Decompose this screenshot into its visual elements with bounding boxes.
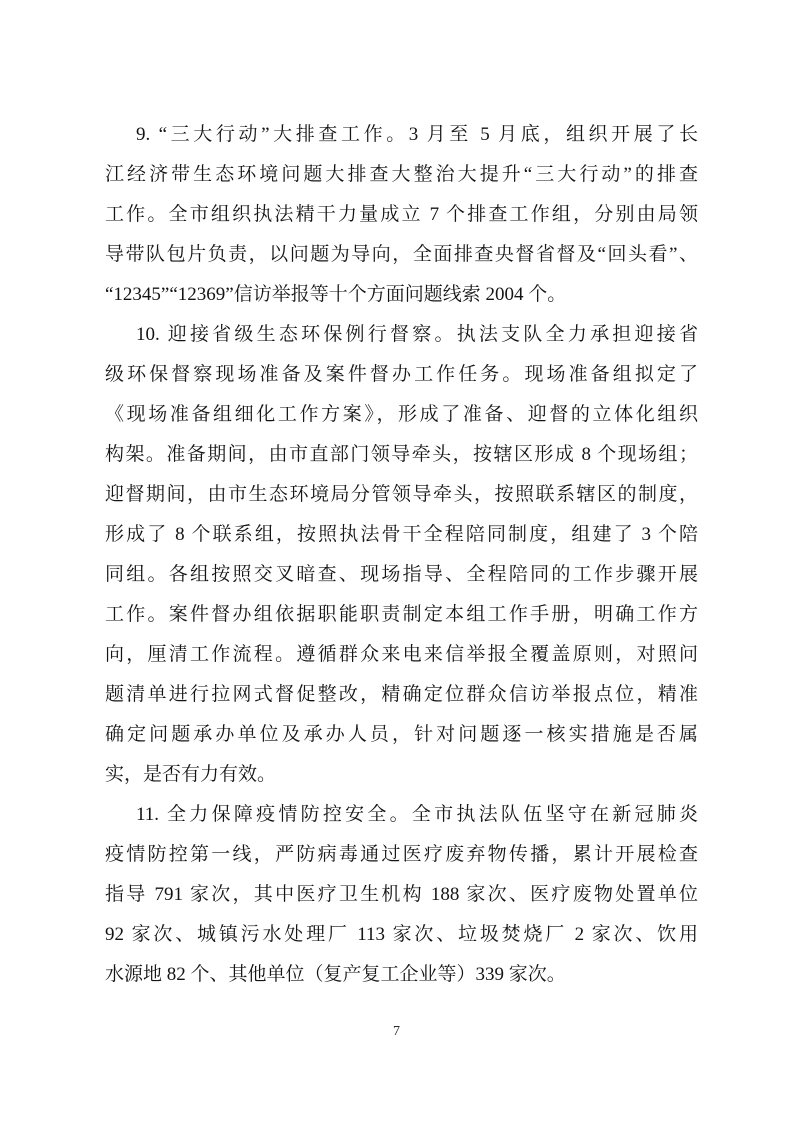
text-line: 向，厘清工作流程。遵循群众来电来信举报全覆盖原则，对照问 [105,635,698,675]
text-line: 工作。案件督办组依据职能职责制定本组工作手册，明确工作方 [105,595,698,635]
text-line: 11. 全力保障疫情防控安全。全市执法队伍坚守在新冠肺炎 [105,795,698,835]
paragraph-11: 11. 全力保障疫情防控安全。全市执法队伍坚守在新冠肺炎 疫情防控第一线，严防病… [105,795,698,995]
paragraph-9: 9. “三大行动”大排查工作。3 月至 5 月底，组织开展了长 江经济带生态环境… [105,115,698,315]
text-line: 形成了 8 个联系组，按照执法骨干全程陪同制度，组建了 3 个陪 [105,515,698,555]
text-line: 疫情防控第一线，严防病毒通过医疗废弃物传播，累计开展检查 [105,835,698,875]
text-line: 级环保督察现场准备及案件督办工作任务。现场准备组拟定了 [105,355,698,395]
text-line: 题清单进行拉网式督促整改，精确定位群众信访举报点位，精准 [105,675,698,715]
text-line: 构架。准备期间，由市直部门领导牵头，按辖区形成 8 个现场组； [105,435,698,475]
paragraph-10: 10. 迎接省级生态环保例行督察。执法支队全力承担迎接省 级环保督察现场准备及案… [105,315,698,795]
text-line: 10. 迎接省级生态环保例行督察。执法支队全力承担迎接省 [105,315,698,355]
text-line: 《现场准备组细化工作方案》，形成了准备、迎督的立体化组织 [105,395,698,435]
text-line: 工作。全市组织执法精干力量成立 7 个排查工作组，分别由局领 [105,195,698,235]
document-page: 9. “三大行动”大排查工作。3 月至 5 月底，组织开展了长 江经济带生态环境… [0,0,793,1122]
text-line: 92 家次、城镇污水处理厂 113 家次、垃圾焚烧厂 2 家次、饮用 [105,915,698,955]
text-line: 水源地 82 个、其他单位（复产复工企业等）339 家次。 [105,955,698,995]
text-line: 确定问题承办单位及承办人员，针对问题逐一核实措施是否属 [105,715,698,755]
document-body: 9. “三大行动”大排查工作。3 月至 5 月底，组织开展了长 江经济带生态环境… [105,115,698,995]
text-line: 实，是否有力有效。 [105,755,698,795]
text-line: 同组。各组按照交叉暗查、现场指导、全程陪同的工作步骤开展 [105,555,698,595]
text-line: 9. “三大行动”大排查工作。3 月至 5 月底，组织开展了长 [105,115,698,155]
text-line: 指导 791 家次，其中医疗卫生机构 188 家次、医疗废物处置单位 [105,875,698,915]
text-line: 迎督期间，由市生态环境局分管领导牵头，按照联系辖区的制度， [105,475,698,515]
page-footer: 7 [0,1022,793,1041]
page-number: 7 [393,1024,400,1039]
text-line: 江经济带生态环境问题大排查大整治大提升“三大行动”的排查 [105,155,698,195]
text-line: 导带队包片负责，以问题为导向，全面排查央督省督及“回头看”、 [105,235,698,275]
text-line: “12345”“12369”信访举报等十个方面问题线索 2004 个。 [105,275,698,315]
